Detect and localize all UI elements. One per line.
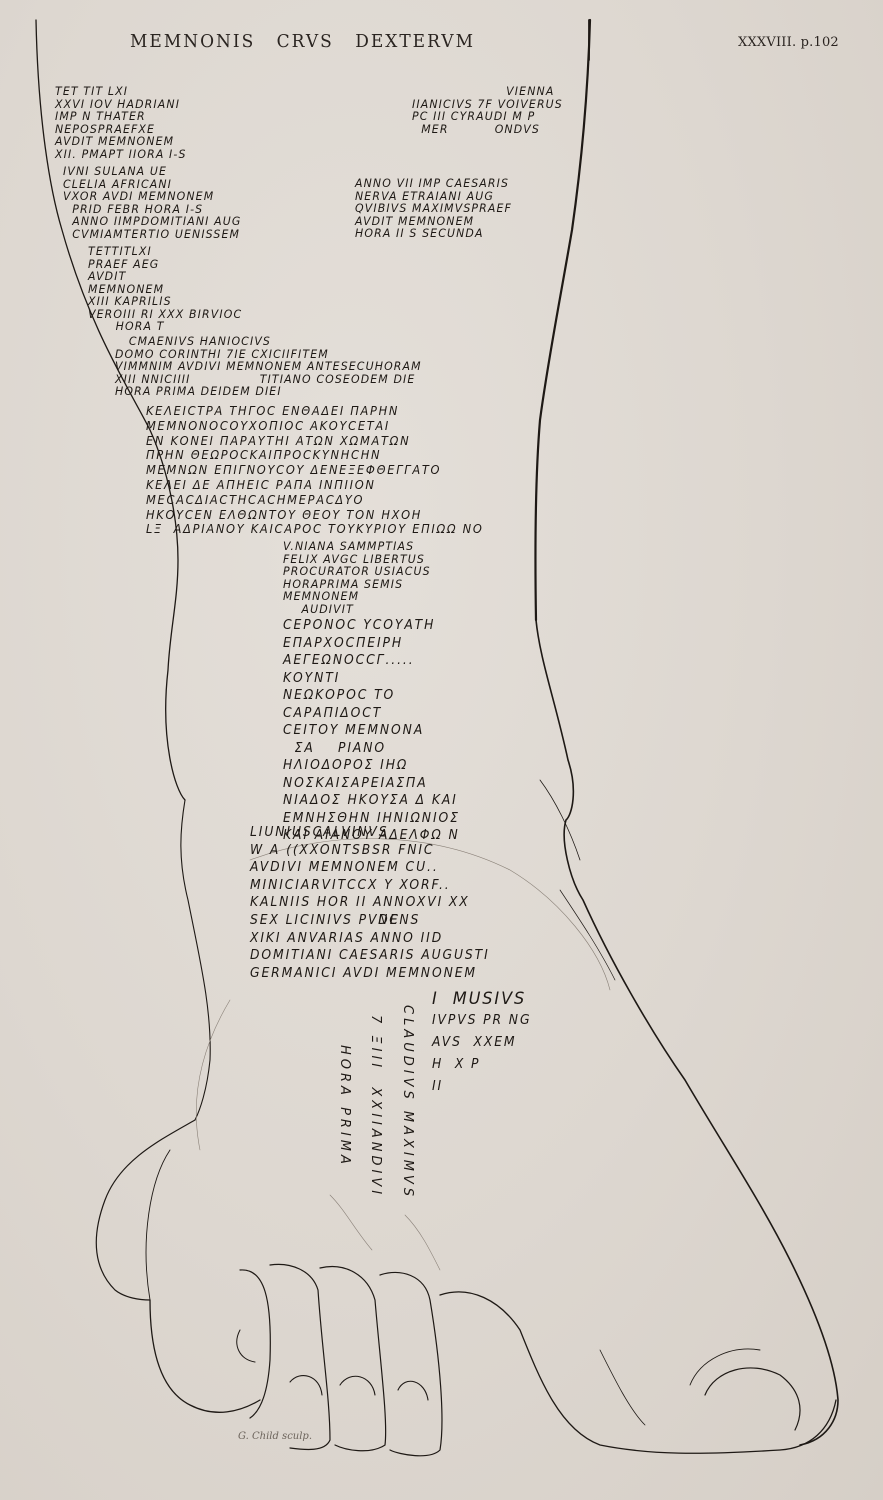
inscription-line: DOMITIANI CAESARIS AUGUSTI <box>250 947 490 965</box>
inscription-line: XII. PMAPT IIORA I-S <box>55 148 187 161</box>
inscription-line: XIKI ANVARIAS ANNO IID <box>250 930 490 948</box>
inscription-line: HORA II S SECUNDA <box>355 227 512 240</box>
inscription-line: H X P <box>432 1054 531 1076</box>
little-toe-side <box>150 1300 260 1412</box>
vertical-inscription-claudius: CLAUDIVS MAXIMVS <box>400 1005 415 1200</box>
inscription-block-3: VIENNA IIANICIVS 7F VOIVERUS PC III CYRA… <box>412 85 571 135</box>
inscription-line: ΜΕCΑCΔΙΑCΤΗCΑCΗΜΕΡΑCΔΥΟ <box>146 493 484 508</box>
inscription-line: SEX LICINIVS PVDENS <box>250 912 490 930</box>
plate-number: XXXVIII. p.102 <box>738 35 839 50</box>
inscription-line: ΚΟΥΝΤΙ <box>283 670 460 688</box>
inscription-block-5: TETTITLXI PRAEF AEG AVDIT MEMNONEM XIII … <box>88 245 250 333</box>
inscription-line: AUDIVIT <box>283 603 431 616</box>
inscription-line: ΑΕΓΕΩΝΟCCΓ..... <box>283 652 460 670</box>
inscription-line: W A ((XXONTSBSR FNIC <box>250 842 470 860</box>
inscription-line: AVS XXEM <box>432 1032 531 1054</box>
inscription-line: ΠΡΗΝ ΘΕΩΡΟCΚΑΙΠΡΟCΚΥΝΗCΗΝ <box>146 448 484 463</box>
inscription-line: ΚΕΛΕΙCΤΡΑ ΤΗΓΟC ΕΝΘΑΔΕΙ ΠΑΡΗΝ <box>146 404 484 419</box>
inscription-line: GERMANICI AVDI MEMNONEM <box>250 965 490 983</box>
inscription-line: ΚΕΛΕΙ ΔΕ ΑΠΗΕΙC ΡΑΠΑ ΙΝΠΙΙΟΝ <box>146 478 484 493</box>
inscription-line: MINICIARVITCCX Y XORF.. <box>250 877 470 895</box>
toe-4-nail <box>398 1381 428 1400</box>
big-toe-inner <box>690 1349 760 1385</box>
inscription-block-1: TET TIT LXI XXVI IOV HADRIANI IMP N THAT… <box>55 85 194 160</box>
inscription-line: ΜΕΜΝΟΝΟCΟΥΧΟΠΙΟC ΑΚΟΥCΕΤΑΙ <box>146 419 484 434</box>
faint-tendon-line <box>330 1195 372 1250</box>
engraver-signature: G. Child sculp. <box>238 1431 312 1442</box>
toe-gap-line <box>600 1350 645 1425</box>
inscription-line: ΗΚΟΥCΕΝ ΕΛΘΩΝΤΟΥ ΘΕΟΥ ΤΟΝ ΗΧΟΗ <box>146 508 484 523</box>
inscription-block-6: CMAENIVS HANIOCIVS DOMO CORINTHI 7IE CXI… <box>115 335 438 398</box>
inscription-block-11: SEX LICINIVS PVDENS XIKI ANVARIAS ANNO I… <box>250 912 502 982</box>
inscription-line: KALNIIS HOR II ANNOXVI XX <box>250 894 470 912</box>
heel-outline <box>96 1120 195 1300</box>
inscription-line: HORA PRIMA DEIDEM DIEI <box>115 385 422 398</box>
inscription-line: ΝΕΩΚΟΡΟC ΤΟ <box>283 687 460 705</box>
inscription-line: AVDIVI MEMNONEM CU.. <box>250 859 470 877</box>
inscription-line: HORA T <box>88 320 242 333</box>
toe-1-nail <box>237 1330 255 1362</box>
inscription-line: II <box>432 1076 531 1098</box>
right-ankle-outline <box>536 620 838 1445</box>
plate-title: MEMNONIS CRVS DEXTERVM <box>130 32 475 53</box>
inscription-block-9-greek: CΕΡΟΝΟC ΥCΟΥΑΤΗ ΕΠΑΡΧΟCΠΕΙΡΗ ΑΕΓΕΩΝΟCCΓ.… <box>283 617 469 845</box>
inscription-block-12: I MUSIVS IVPVS PR NG AVS XXEM H X P II <box>432 988 537 1098</box>
ankle-inner-line <box>560 890 615 980</box>
toe-4-outline <box>380 1272 442 1455</box>
big-toe-outline <box>440 1292 836 1453</box>
inscription-block-8: V.NIANA SAMMPTIAS FELIX AVGC LIBERTUS PR… <box>283 540 439 615</box>
vertical-inscription-hora-prima: HORA PRIMA <box>337 1045 352 1168</box>
inscription-line: CVMIAMTERTIO UENISSEM <box>63 228 241 241</box>
inscription-line: ΜΕΜΝΩΝ ΕΠΙΓΝΟΥCΟΥ ΔΕΝΕΞΕΦΘΕΓΓΑΤΟ <box>146 463 484 478</box>
inscription-block-2: IVNI SULANA UE CLELIA AFRICANI VXOR AVDI… <box>63 165 251 240</box>
toe-2-nail <box>290 1376 322 1395</box>
inscription-line: ΣΑ ΡΙΑΝΟ <box>283 740 460 758</box>
toe-3-nail <box>340 1376 375 1395</box>
toe-2-outline <box>270 1264 330 1449</box>
inscription-line: CΑΡΑΠΙΔΟCΤ <box>283 705 460 723</box>
inscription-line: CΕΡΟΝΟC ΥCΟΥΑΤΗ <box>283 617 460 635</box>
faint-tendon-line-2 <box>405 1215 440 1270</box>
inscription-line: ΕΠΑΡΧΟCΠΕΙΡΗ <box>283 635 460 653</box>
big-toe-nail <box>705 1368 800 1430</box>
inscription-line: ΝΟΣΚΑΙΣΑΡΕΙΑΣΠΑ <box>283 775 460 793</box>
heel-inner-outline <box>146 1150 170 1300</box>
inscription-line: ΗΛΙΟΔΟΡΟΣ ΙΗΩ <box>283 757 460 775</box>
inscription-line: LIUNIUSCALVINVS <box>250 824 470 842</box>
vertical-inscription-date: 7 ΞIII XXIIANDIVI <box>368 1015 383 1198</box>
faint-instep-line <box>196 1000 230 1150</box>
inscription-line: MER ONDVS <box>412 123 563 136</box>
inscription-line: ΕΝ ΚΟΝΕΙ ΠΑΡΑΥΤΗΙ ΑΤΩΝ ΧΩΜΑΤΩΝ <box>146 434 484 449</box>
inscription-block-4: ANNO VII IMP CAESARIS NERVA ETRAIANI AUG… <box>355 177 520 240</box>
toe-1-outline <box>240 1270 270 1418</box>
inscription-line: ΝΙΑΔΟΣ ΗΚΟΥΣΑ Δ ΚΑΙ <box>283 792 460 810</box>
inscription-block-7-greek: ΚΕΛΕΙCΤΡΑ ΤΗΓΟC ΕΝΘΑΔΕΙ ΠΑΡΗΝ ΜΕΜΝΟΝΟCΟΥ… <box>146 404 501 537</box>
inscription-line: CΕΙΤΟΥ ΜΕΜΝΟΝΑ <box>283 722 460 740</box>
left-leg-lower-outline <box>181 800 210 1120</box>
inscription-line: IVPVS PR NG <box>432 1010 531 1032</box>
inscription-line: I MUSIVS <box>432 988 531 1010</box>
inscription-line: LΞ ΑΔΡΙΑΝΟΥ ΚΑΙCΑΡΟC ΤΟΥΚΥΡΙΟΥ ΕΠΙΩΩ ΝΟ <box>146 522 484 537</box>
